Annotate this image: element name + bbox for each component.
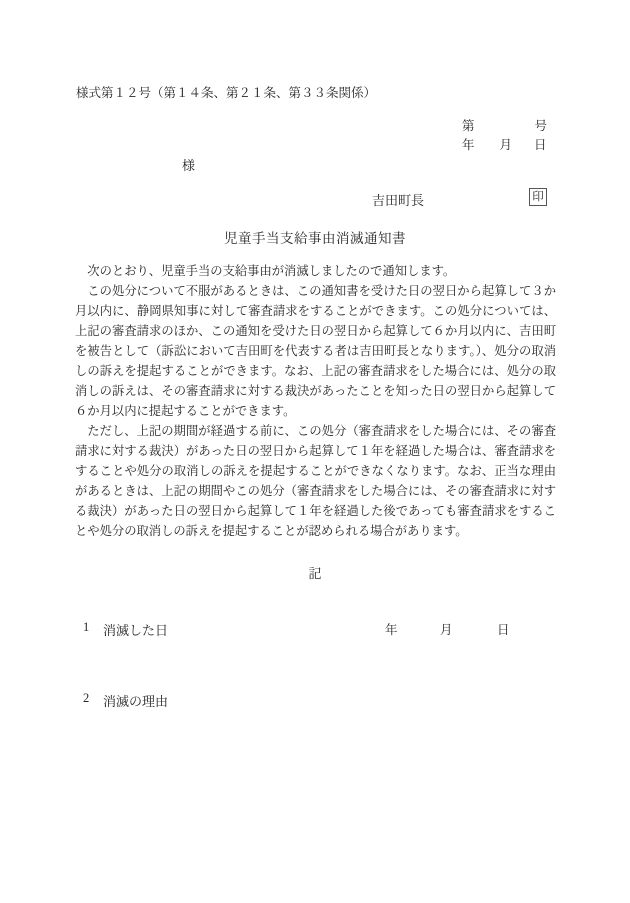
item-1-month-label: 月 [440, 620, 453, 638]
item-1-label: 消滅した日 [103, 620, 168, 639]
seal-mark-label: 印 [532, 191, 544, 203]
issue-date-year-label: 年 [462, 138, 475, 152]
issue-date-line: 年月日 [462, 135, 547, 153]
doc-number-prefix: 第 [462, 119, 475, 133]
seal-mark-box: 印 [529, 188, 547, 206]
issue-date-day-label: 日 [534, 138, 547, 152]
addressee-honorific: 様 [182, 155, 195, 174]
item-1-year-label: 年 [385, 620, 398, 638]
body-paragraph: この処分について不服があるときは、この通知書を受けた日の翌日から起算して３か月以… [75, 281, 556, 421]
document-page: 様式第１２号（第１４条、第２１条、第３３条関係） 第号 年月日 様 吉田町長 印… [0, 0, 630, 903]
issue-date-month-label: 月 [500, 138, 513, 152]
issuer-name: 吉田町長 [372, 190, 424, 209]
record-heading: 記 [0, 563, 630, 582]
body-paragraph: ただし、上記の期間が経過する前に、この処分（審査請求をした場合には、その審査請求… [75, 421, 556, 541]
item-1-day-label: 日 [497, 620, 510, 638]
item-2-number: 2 [83, 691, 89, 706]
doc-number-line: 第号 [462, 116, 547, 134]
doc-number-suffix: 号 [535, 119, 548, 133]
item-1-number: 1 [83, 620, 89, 635]
document-title: 児童手当支給事由消滅通知書 [0, 227, 630, 247]
body-paragraph: 次のとおり、児童手当の支給事由が消滅しましたので通知します。 [75, 261, 556, 281]
form-number: 様式第１２号（第１４条、第２１条、第３３条関係） [76, 83, 376, 101]
item-2-label: 消滅の理由 [103, 691, 168, 710]
body-text: 次のとおり、児童手当の支給事由が消滅しましたので通知します。 この処分について不… [75, 261, 556, 541]
